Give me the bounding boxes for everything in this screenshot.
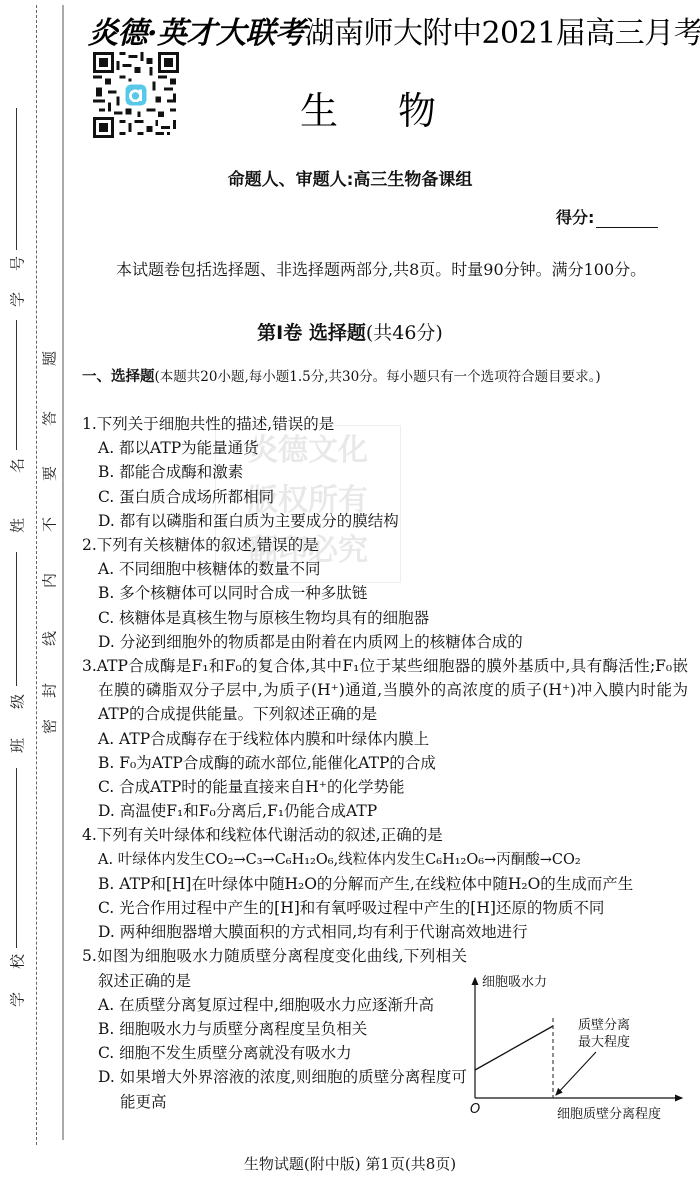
option-a[interactable]: A. 在质壁分离复原过程中,细胞吸水力应逐渐升高 — [82, 993, 467, 1017]
option-b[interactable]: B. 都能合成酶和激素 — [82, 460, 688, 484]
instructions-text: (本题共20小题,每小题1.5分,共30分。每小题只有一个选项符合题目要求。) — [155, 369, 601, 385]
option-b[interactable]: B. ATP和[H]在叶绿体中随H₂O的分解而产生,在线粒体中随H₂O的生成而产… — [82, 872, 688, 896]
section-points: (共46分) — [366, 322, 443, 344]
question-number: 3. — [82, 657, 97, 675]
option-b[interactable]: B. 多个核糖体可以同时合成一种多肽链 — [82, 581, 688, 605]
x-axis-label: 细胞质壁分离程度 — [557, 1106, 661, 1122]
student-id-label-char: 号 — [11, 255, 26, 273]
school-label-char: 学 — [11, 991, 26, 1009]
intro-text: 本试题卷包括选择题、非选择题两部分,共8页。时量90分钟。满分100分。 — [82, 256, 682, 284]
class-label-char: 班 — [11, 737, 26, 755]
question-5: 5.如图为细胞吸水力随质壁分离程度变化曲线,下列相关叙述正确的是 A. 在质壁分… — [82, 944, 467, 1113]
question-3: 3.ATP合成酶是F₁和F₀的复合体,其中F₁位于某些细胞器的膜外基质中,具有酶… — [82, 654, 688, 823]
section-title: 第Ⅰ卷 选择题(共46分) — [0, 318, 700, 345]
option-d[interactable]: D. 分泌到细胞外的物质都是由附着在内质网上的核糖体合成的 — [82, 630, 688, 654]
seal-text-char: 答 — [39, 410, 60, 428]
question-number: 1. — [82, 415, 97, 433]
annotation-line-1: 质壁分离 — [578, 1018, 630, 1033]
seal-text-char: 要 — [39, 465, 60, 483]
question-stem: 下列有关核糖体的叙述,错误的是 — [97, 536, 319, 554]
score-blank[interactable] — [596, 211, 658, 228]
score-label: 得分: — [556, 208, 594, 227]
option-b[interactable]: B. 细胞吸水力与质壁分离程度呈负相关 — [82, 1017, 467, 1041]
option-d[interactable]: D. 如果增大外界溶液的浓度,则细胞的质壁分离程度可能更高 — [82, 1065, 467, 1113]
seal-text-char: 题 — [39, 350, 60, 368]
water-absorption-curve — [475, 1026, 553, 1070]
question-number: 4. — [82, 826, 97, 844]
qr-code-icon[interactable] — [93, 52, 179, 138]
student-id-label-char: 学 — [11, 291, 26, 309]
section-instructions: 一、选择题(本题共20小题,每小题1.5分,共30分。每小题只有一个选项符合题目… — [82, 366, 688, 388]
option-c[interactable]: C. 光合作用过程中产生的[H]和有氧呼吸过程中产生的[H]还原的物质不同 — [82, 896, 688, 920]
question-4: 4.下列有关叶绿体和线粒体代谢活动的叙述,正确的是 A. 叶绿体内发生CO₂→C… — [82, 823, 688, 944]
instructions-label: 一、选择题 — [82, 369, 155, 385]
section-title-label: 第Ⅰ卷 选择题 — [257, 322, 366, 344]
option-a[interactable]: A. 叶绿体内发生CO₂→C₃→C₆H₁₂O₆,线粒体内发生C₆H₁₂O₆→丙酮… — [82, 848, 688, 872]
exam-title-text: 湖南师大附中2021届高三月考试卷(一) — [304, 16, 700, 51]
seal-text-char: 封 — [39, 682, 60, 700]
question-number: 5. — [82, 947, 97, 965]
name-label-char: 姓 — [11, 517, 26, 535]
option-d[interactable]: D. 两种细胞器增大膜面积的方式相同,均有利于代谢高效地进行 — [82, 920, 688, 944]
exam-brand: 炎德·英才大联考 — [88, 16, 304, 51]
question-2: 2.下列有关核糖体的叙述,错误的是 A. 不同细胞中核糖体的数量不同 B. 多个… — [82, 533, 688, 654]
water-absorption-figure: 细胞吸水力 质壁分离 最大程度 O 细胞质壁分离程度 — [460, 968, 695, 1128]
y-axis-label: 细胞吸水力 — [482, 974, 547, 990]
option-c[interactable]: C. 蛋白质合成场所都相同 — [82, 485, 688, 509]
page-footer: 生物试题(附中版) 第1页(共8页) — [0, 1153, 700, 1174]
option-d[interactable]: D. 高温使F₁和F₀分离后,F₁仍能合成ATP — [82, 799, 688, 823]
class-blank[interactable] — [16, 552, 17, 686]
question-stem: 下列关于细胞共性的描述,错误的是 — [97, 415, 334, 433]
option-b[interactable]: B. F₀为ATP合成酶的疏水部位,能催化ATP的合成 — [82, 751, 688, 775]
question-1: 1.下列关于细胞共性的描述,错误的是 A. 都以ATP为能量通货 B. 都能合成… — [82, 412, 688, 533]
school-blank[interactable] — [16, 768, 17, 948]
option-a[interactable]: A. 不同细胞中核糖体的数量不同 — [82, 557, 688, 581]
question-stem: 下列有关叶绿体和线粒体代谢活动的叙述,正确的是 — [97, 826, 443, 844]
question-stem: 如图为细胞吸水力随质壁分离程度变化曲线,下列相关叙述正确的是 — [97, 947, 467, 989]
option-d[interactable]: D. 都有以磷脂和蛋白质为主要成分的膜结构 — [82, 509, 688, 533]
annotation-line-2: 最大程度 — [578, 1034, 630, 1050]
class-label-char: 级 — [11, 693, 26, 711]
question-stem: ATP合成酶是F₁和F₀的复合体,其中F₁位于某些细胞器的膜外基质中,具有酶活性… — [97, 657, 688, 723]
seal-text-char: 线 — [39, 630, 60, 648]
seal-text-char: 密 — [39, 718, 60, 736]
option-c[interactable]: C. 合成ATP时的能量直接来自H⁺的化学势能 — [82, 775, 688, 799]
seal-text-char: 不 — [39, 516, 60, 534]
school-label-char: 校 — [11, 953, 26, 971]
option-a[interactable]: A. ATP合成酶存在于线粒体内膜和叶绿体内膜上 — [82, 727, 688, 751]
name-label-char: 名 — [11, 457, 26, 475]
authors-line: 命题人、审题人:高三生物备课组 — [0, 165, 700, 190]
subject-title: 生物 — [300, 80, 496, 135]
option-a[interactable]: A. 都以ATP为能量通货 — [82, 436, 688, 460]
question-number: 2. — [82, 536, 97, 554]
score-field: 得分: — [556, 205, 658, 228]
annotation-arrow — [556, 1052, 596, 1095]
option-c[interactable]: C. 细胞不发生质壁分离就没有吸水力 — [82, 1041, 467, 1065]
origin-label: O — [470, 1102, 480, 1117]
option-c[interactable]: C. 核糖体是真核生物与原核生物均具有的细胞器 — [82, 606, 688, 630]
exam-title: 炎德·英才大联考湖南师大附中2021届高三月考试卷(一) — [88, 8, 700, 52]
seal-text-char: 内 — [39, 572, 60, 590]
